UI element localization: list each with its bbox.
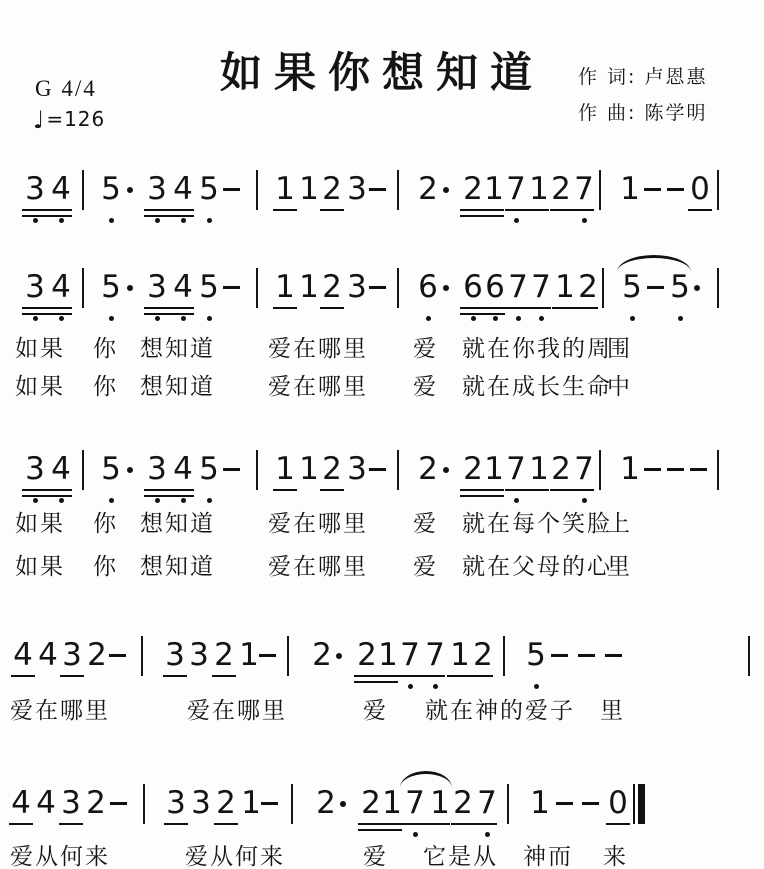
note-2: 2 (213, 638, 235, 672)
lyric-segment: 来 (603, 838, 628, 869)
lyric-segment: 爱 (413, 330, 438, 363)
note-4: 4 (35, 786, 57, 820)
augmentation-dot (694, 285, 700, 291)
dash-extension (109, 654, 126, 657)
low-octave-dot (514, 218, 519, 223)
note-3: 3 (346, 452, 368, 486)
lyric-segment: 就在成长生命 (462, 368, 612, 401)
note-2: 2 (86, 638, 108, 672)
note-2: 2 (356, 638, 378, 672)
eighth-underline (163, 675, 187, 677)
note-1: 1 (240, 786, 262, 820)
lyric-segment: 想知道 (140, 548, 215, 581)
lyric-segment: 上 (607, 505, 632, 538)
lyric-segment: 就在父母的心 (462, 548, 612, 581)
barline (717, 170, 719, 210)
beam-line (144, 495, 194, 497)
dash-extension (223, 188, 240, 191)
beam-line (22, 209, 72, 211)
barline (256, 170, 258, 210)
note-3: 3 (165, 786, 187, 820)
lyric-segment: 它是从 (423, 838, 498, 869)
barline (143, 784, 145, 824)
note-5: 5 (525, 638, 547, 672)
low-octave-dot (155, 498, 160, 503)
beam-line (505, 489, 549, 491)
note-7: 7 (399, 638, 421, 672)
low-octave-dot (471, 316, 476, 321)
lyric-segment: 爱 (413, 368, 438, 401)
barline (748, 636, 750, 676)
low-octave-dot (426, 316, 431, 321)
barline (599, 170, 601, 210)
final-bar-thin (633, 784, 635, 824)
note-1: 1 (298, 270, 320, 304)
quarter-note-icon: ♩ (33, 106, 45, 134)
low-octave-dot (181, 316, 186, 321)
barline (507, 784, 509, 824)
note-2: 2 (321, 270, 343, 304)
augmentation-dot (443, 467, 449, 473)
beam-line (358, 823, 402, 825)
lyric-row-5: 爱在哪里爱在哪里爱就在神的爱子里 (0, 692, 764, 722)
barline (397, 170, 399, 210)
beam-line (402, 823, 450, 825)
note-7: 7 (505, 172, 527, 206)
music-line-3: 345345112322171271 (0, 452, 764, 512)
eighth-underline (212, 675, 236, 677)
low-octave-dot (630, 316, 635, 321)
lyric-segment: 想知道 (140, 368, 215, 401)
eighth-underline (9, 823, 33, 825)
note-2: 2 (577, 270, 599, 304)
lyric-segment: 爱从何来 (10, 838, 110, 869)
note-1: 1 (483, 172, 505, 206)
note-3: 3 (164, 638, 186, 672)
dash-extension (223, 286, 240, 289)
dash-extension (644, 468, 661, 471)
lyric-segment: 如果 (15, 548, 65, 581)
low-octave-dot (582, 218, 587, 223)
note-1: 1 (619, 172, 641, 206)
note-3: 3 (61, 638, 83, 672)
note-2: 2 (315, 786, 337, 820)
beam-line (451, 823, 497, 825)
dash-extension (369, 188, 386, 191)
tempo-value: =126 (46, 107, 105, 131)
low-octave-dot (33, 498, 38, 503)
music-line-2: 3453451123666771255 (0, 270, 764, 330)
dash-extension (369, 468, 386, 471)
barline (141, 636, 143, 676)
low-octave-dot (408, 684, 413, 689)
note-4: 4 (12, 638, 34, 672)
lyric-segment: 爱在哪里 (268, 505, 368, 538)
barline (82, 450, 84, 490)
beam-line (144, 209, 194, 211)
lyric-row-6: 爱从何来爱从何来爱它是从神而来 (0, 838, 764, 868)
note-5: 5 (100, 270, 122, 304)
beam-line (552, 307, 598, 309)
lyric-row-1: 如果你想知道爱在哪里爱就在你我的周围 (0, 330, 764, 360)
note-3: 3 (146, 270, 168, 304)
dash-extension (556, 802, 573, 805)
beam-line (22, 313, 72, 315)
beam-line (460, 307, 505, 309)
eighth-underline (59, 823, 83, 825)
key-time-signature: G 4/4 (35, 76, 97, 102)
note-7: 7 (573, 452, 595, 486)
note-2: 2 (85, 786, 107, 820)
low-octave-dot (109, 316, 114, 321)
augmentation-dot (443, 285, 449, 291)
beam-line (358, 829, 402, 831)
lyric-segment: 爱从何来 (185, 838, 285, 869)
note-5: 5 (100, 172, 122, 206)
note-2: 2 (550, 172, 572, 206)
low-octave-dot (109, 498, 114, 503)
note-2: 2 (360, 786, 382, 820)
beam-line (144, 313, 194, 315)
beam-line (505, 209, 549, 211)
lyric-segment: 爱 (413, 548, 438, 581)
lyric-segment: 就在每个笑脸 (462, 505, 612, 538)
dash-extension (223, 468, 240, 471)
eighth-underline (606, 823, 630, 825)
note-2: 2 (462, 452, 484, 486)
tempo-marking: ♩=126 (33, 106, 105, 134)
note-2: 2 (417, 172, 439, 206)
augmentation-dot (127, 285, 133, 291)
note-7: 7 (424, 638, 446, 672)
low-octave-dot (534, 684, 539, 689)
note-0: 0 (689, 172, 711, 206)
barline (256, 450, 258, 490)
low-octave-dot (33, 218, 38, 223)
beam-line (354, 681, 398, 683)
beam-line (460, 489, 504, 491)
barline (397, 268, 399, 308)
note-2: 2 (311, 638, 333, 672)
lyricist-name: 卢恩惠 (644, 66, 707, 88)
note-3: 3 (24, 270, 46, 304)
low-octave-dot (207, 218, 212, 223)
note-7: 7 (505, 452, 527, 486)
beam-line (22, 489, 72, 491)
lyric-segment: 你 (93, 330, 118, 363)
dash-extension (667, 188, 684, 191)
note-4: 4 (50, 172, 72, 206)
final-barline (633, 784, 645, 824)
note-1: 1 (429, 786, 451, 820)
low-octave-dot (59, 316, 64, 321)
note-7: 7 (573, 172, 595, 206)
note-2: 2 (215, 786, 237, 820)
note-1: 1 (298, 172, 320, 206)
lyric-segment: 爱在哪里 (268, 330, 368, 363)
tie-arc (400, 771, 452, 788)
note-1: 1 (274, 172, 296, 206)
beam-line (460, 209, 504, 211)
low-octave-dot (59, 218, 64, 223)
note-2: 2 (462, 172, 484, 206)
low-octave-dot (433, 684, 438, 689)
tie-arc (617, 255, 691, 272)
low-octave-dot (181, 218, 186, 223)
low-octave-dot (155, 218, 160, 223)
note-4: 4 (37, 638, 59, 672)
low-octave-dot (493, 316, 498, 321)
lyric-segment: 你 (93, 368, 118, 401)
lyric-segment: 如果 (15, 330, 65, 363)
note-1: 1 (483, 452, 505, 486)
beam-line (460, 215, 504, 217)
lyric-segment: 你 (93, 548, 118, 581)
note-1: 1 (381, 786, 403, 820)
dash-extension (647, 286, 664, 289)
note-1: 1 (554, 270, 576, 304)
eighth-underline (688, 209, 712, 211)
music-line-1: 3453451123221712710 (0, 172, 764, 232)
eighth-underline (273, 307, 297, 309)
low-octave-dot (514, 498, 519, 503)
low-octave-dot (181, 498, 186, 503)
note-3: 3 (24, 172, 46, 206)
barline (397, 450, 399, 490)
note-3: 3 (346, 172, 368, 206)
note-3: 3 (24, 452, 46, 486)
note-2: 2 (452, 786, 474, 820)
sheet-music-page: 如果你想知道 作 词:卢恩惠 作 曲:陈学明 G 4/4 ♩=126 34534… (0, 0, 764, 869)
beam-line (144, 307, 194, 309)
barline (717, 268, 719, 308)
eighth-underline (214, 823, 238, 825)
note-3: 3 (146, 452, 168, 486)
lyric-segment: 就在神的爱子 (425, 692, 575, 725)
note-4: 4 (10, 786, 32, 820)
dash-extension (578, 654, 595, 657)
note-3: 3 (346, 270, 368, 304)
barline (503, 636, 505, 676)
note-4: 4 (172, 270, 194, 304)
dash-extension (110, 802, 127, 805)
note-1: 1 (528, 452, 550, 486)
low-octave-dot (155, 316, 160, 321)
beam-line (22, 215, 72, 217)
music-line-4: 4432332122177125 (0, 638, 764, 698)
beam-line (550, 489, 594, 491)
lyric-segment: 围 (607, 330, 632, 363)
lyricist-label: 作 词: (578, 66, 636, 88)
low-octave-dot (59, 498, 64, 503)
note-2: 2 (472, 638, 494, 672)
note-2: 2 (417, 452, 439, 486)
eighth-underline (11, 675, 35, 677)
composer-credit: 作 曲:陈学明 (578, 98, 707, 125)
beam-line (398, 675, 445, 677)
note-4: 4 (50, 270, 72, 304)
dash-extension (551, 654, 568, 657)
note-1: 1 (449, 638, 471, 672)
beam-line (354, 675, 398, 677)
note-1: 1 (238, 638, 260, 672)
eighth-underline (320, 307, 344, 309)
dash-extension (261, 802, 278, 805)
beam-line (144, 489, 194, 491)
beam-line (447, 675, 493, 677)
note-7: 7 (507, 270, 529, 304)
eighth-underline (273, 489, 297, 491)
lyric-segment: 爱 (363, 838, 388, 869)
beam-line (22, 495, 72, 497)
dash-extension (667, 468, 684, 471)
note-2: 2 (321, 452, 343, 486)
lyric-segment: 神而 (523, 838, 573, 869)
lyric-row-3: 如果你想知道爱在哪里爱就在每个笑脸上 (0, 505, 764, 535)
note-1: 1 (377, 638, 399, 672)
dash-extension (259, 654, 276, 657)
lyric-segment: 想知道 (140, 505, 215, 538)
low-octave-dot (485, 832, 490, 837)
note-1: 1 (274, 452, 296, 486)
dash-extension (644, 188, 661, 191)
note-1: 1 (529, 786, 551, 820)
note-5: 5 (198, 270, 220, 304)
note-6: 6 (484, 270, 506, 304)
note-5: 5 (100, 452, 122, 486)
note-7: 7 (476, 786, 498, 820)
note-7: 7 (530, 270, 552, 304)
beam-line (460, 495, 504, 497)
lyric-segment: 爱 (363, 692, 388, 725)
note-5: 5 (669, 270, 691, 304)
lyric-segment: 如果 (15, 505, 65, 538)
eighth-underline (320, 489, 344, 491)
lyric-segment: 你 (93, 505, 118, 538)
eighth-underline (320, 209, 344, 211)
note-5: 5 (198, 172, 220, 206)
dash-extension (369, 286, 386, 289)
lyric-row-4: 如果你想知道爱在哪里爱就在父母的心里 (0, 548, 764, 578)
note-7: 7 (404, 786, 426, 820)
low-octave-dot (678, 316, 683, 321)
low-octave-dot (109, 218, 114, 223)
low-octave-dot (516, 316, 521, 321)
note-3: 3 (60, 786, 82, 820)
note-2: 2 (550, 452, 572, 486)
low-octave-dot (207, 498, 212, 503)
note-4: 4 (172, 172, 194, 206)
composer-name: 陈学明 (644, 102, 707, 124)
dash-extension (582, 802, 599, 805)
low-octave-dot (413, 832, 418, 837)
barline (602, 268, 604, 308)
note-3: 3 (146, 172, 168, 206)
note-4: 4 (50, 452, 72, 486)
barline (287, 636, 289, 676)
music-line-5: 44323321221712710 (0, 786, 764, 846)
lyric-segment: 想知道 (140, 330, 215, 363)
barline (82, 268, 84, 308)
lyric-segment: 爱在哪里 (268, 368, 368, 401)
beam-line (505, 307, 551, 309)
low-octave-dot (33, 316, 38, 321)
composer-label: 作 曲: (578, 102, 636, 124)
note-2: 2 (321, 172, 343, 206)
lyric-segment: 里 (607, 548, 632, 581)
eighth-underline (60, 675, 84, 677)
note-1: 1 (528, 172, 550, 206)
note-1: 1 (274, 270, 296, 304)
beam-line (22, 307, 72, 309)
augmentation-dot (336, 653, 342, 659)
eighth-underline (164, 823, 188, 825)
note-6: 6 (462, 270, 484, 304)
barline (291, 784, 293, 824)
barline (82, 170, 84, 210)
note-5: 5 (621, 270, 643, 304)
low-octave-dot (582, 498, 587, 503)
note-4: 4 (172, 452, 194, 486)
lyric-segment: 爱在哪里 (268, 548, 368, 581)
low-octave-dot (539, 316, 544, 321)
augmentation-dot (443, 187, 449, 193)
lyric-segment: 就在你我的周 (462, 330, 612, 363)
augmentation-dot (340, 801, 346, 807)
note-5: 5 (198, 452, 220, 486)
lyric-segment: 爱在哪里 (187, 692, 287, 725)
augmentation-dot (127, 467, 133, 473)
barline (717, 450, 719, 490)
lyric-segment: 中 (607, 368, 632, 401)
note-6: 6 (417, 270, 439, 304)
note-3: 3 (188, 638, 210, 672)
lyricist-credit: 作 词:卢恩惠 (578, 62, 707, 89)
lyric-segment: 爱 (413, 505, 438, 538)
final-bar-thick (638, 784, 645, 824)
beam-line (550, 209, 594, 211)
dash-extension (690, 468, 707, 471)
eighth-underline (273, 209, 297, 211)
note-0: 0 (607, 786, 629, 820)
barline (599, 450, 601, 490)
augmentation-dot (127, 187, 133, 193)
lyric-segment: 里 (600, 692, 625, 725)
note-1: 1 (619, 452, 641, 486)
lyric-segment: 如果 (15, 368, 65, 401)
barline (256, 268, 258, 308)
note-3: 3 (190, 786, 212, 820)
dash-extension (605, 654, 622, 657)
low-octave-dot (207, 316, 212, 321)
lyric-row-2: 如果你想知道爱在哪里爱就在成长生命中 (0, 368, 764, 398)
beam-line (460, 313, 505, 315)
note-1: 1 (298, 452, 320, 486)
beam-line (144, 215, 194, 217)
lyric-segment: 爱在哪里 (10, 692, 110, 725)
